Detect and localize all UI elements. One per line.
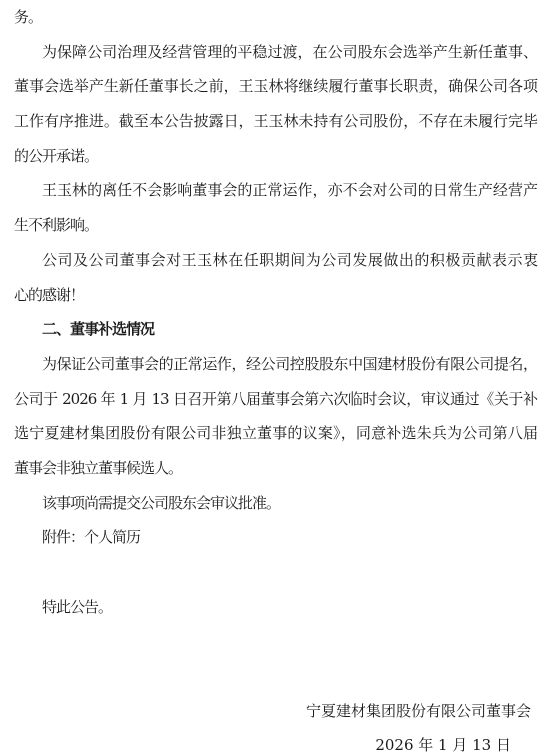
document-line: 公司于 2026 年 1 月 13 日召开第八届董事会第六次临时会议，审议通过《… [14,382,537,417]
date-line: 2026 年 1 月 13 日 [14,728,537,756]
document-line: 心的感谢！ [14,278,537,313]
signature-line: 宁夏建材集团股份有限公司董事会 [14,694,537,729]
document-line: 选宁夏建材集团股份有限公司非独立董事的议案》，同意补选朱兵为公司第八届 [14,416,537,451]
document-line: 特此公告。 [14,590,537,625]
document-page: 务。为保障公司治理及经营管理的平稳过渡，在公司股东会选举产生新任董事、董事会选举… [0,0,550,756]
document-line: 为保障公司治理及经营管理的平稳过渡，在公司股东会选举产生新任董事、 [14,35,537,70]
document-line: 公司及公司董事会对王玉林在任职期间为公司发展做出的积极贡献表示衷 [14,243,537,278]
section-heading: 二、董事补选情况 [14,312,537,347]
document-line: 为保证公司董事会的正常运作，经公司控股股东中国建材股份有限公司提名， [14,347,537,382]
document-line: 的公开承诺。 [14,139,537,174]
document-line: 王玉林的离任不会影响董事会的正常运作，亦不会对公司的日常生产经营产 [14,173,537,208]
document-line: 董事会非独立董事候选人。 [14,451,537,486]
document-line: 董事会选举产生新任董事长之前，王玉林将继续履行董事长职责，确保公司各项 [14,69,537,104]
document-line: 工作有序推进。截至本公告披露日，王玉林未持有公司股份，不存在未履行完毕 [14,104,537,139]
document-line: 该事项尚需提交公司股东会审议批准。 [14,486,537,521]
document-line: 务。 [14,0,537,35]
document-line: 生不利影响。 [14,208,537,243]
document-line: 附件：个人简历 [14,520,537,555]
